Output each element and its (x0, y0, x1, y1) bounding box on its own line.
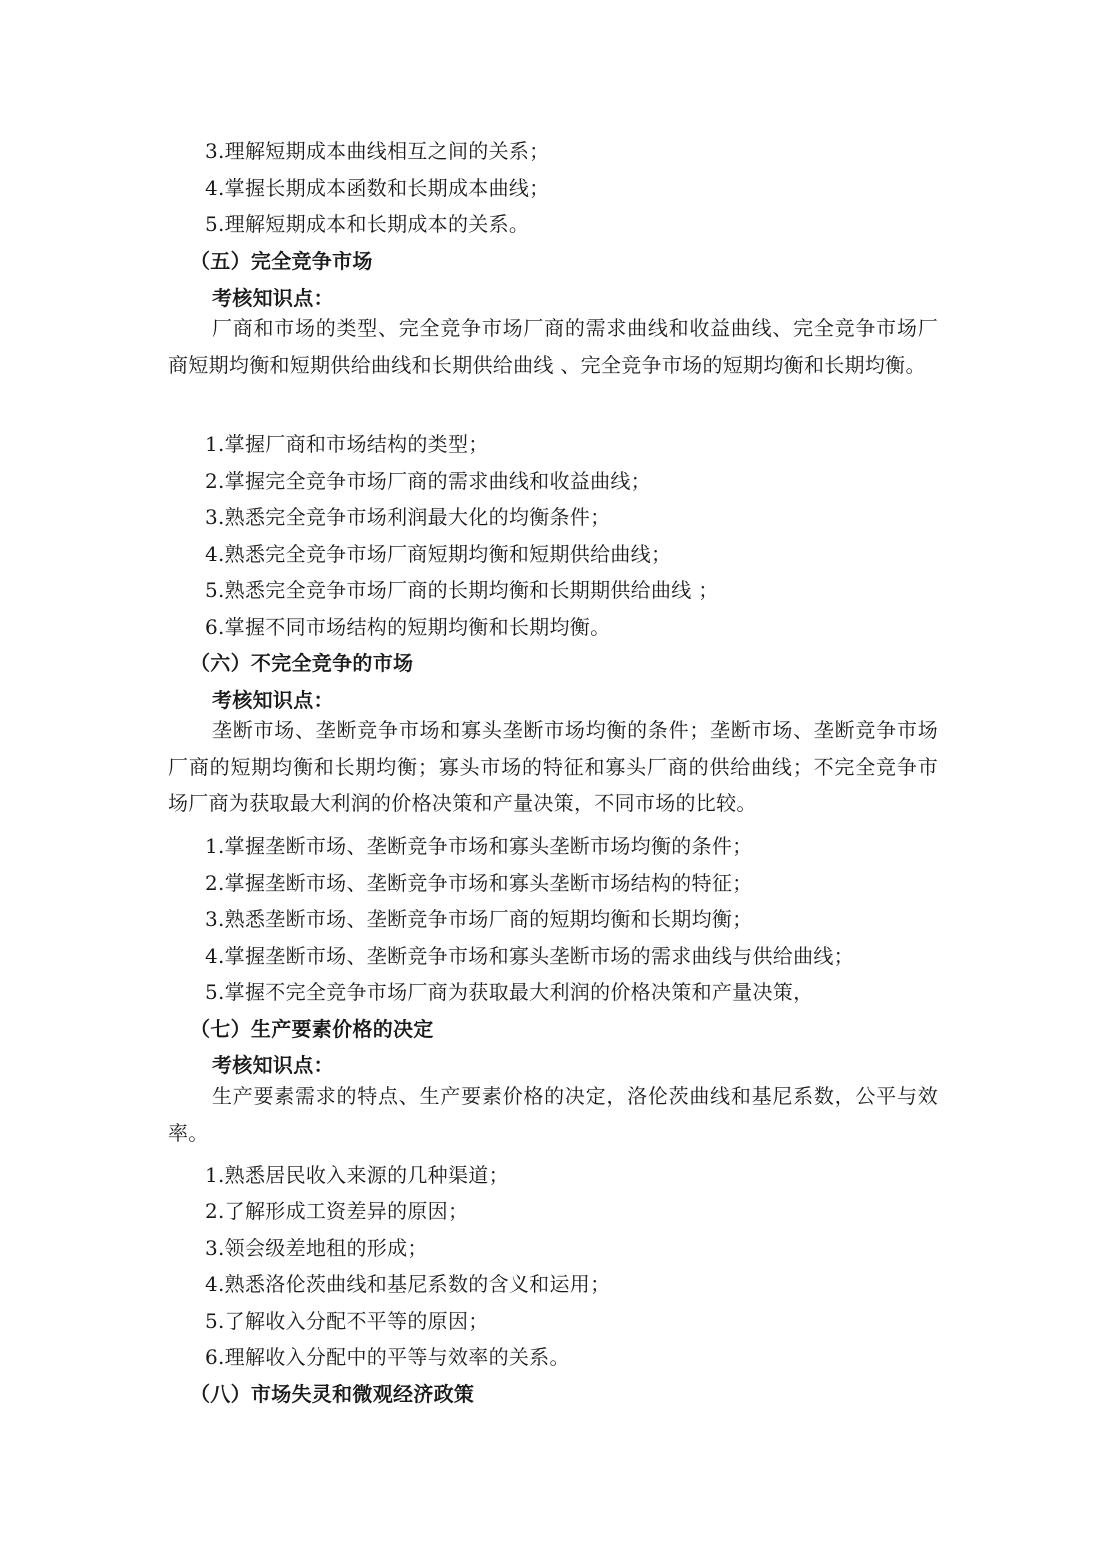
section-heading: （八）市场失灵和微观经济政策 (190, 1382, 474, 1406)
section-subtitle: 考核知识点： (212, 688, 334, 712)
list-item: 4.熟悉完全竞争市场厂商短期均衡和短期供给曲线； (205, 542, 671, 566)
section-paragraph: 生产要素需求的特点、生产要素价格的决定，洛伦茨曲线和基尼系数，公平与效率。 (168, 1078, 938, 1151)
section-subtitle: 考核知识点： (212, 1053, 334, 1077)
list-item: 4.熟悉洛伦茨曲线和基尼系数的含义和运用； (205, 1272, 610, 1296)
list-item: 1.掌握垄断市场、垄断竞争市场和寡头垄断市场均衡的条件； (205, 834, 752, 858)
list-item: 3.熟悉垄断市场、垄断竞争市场厂商的短期均衡和长期均衡； (205, 907, 752, 931)
list-item: 6.掌握不同市场结构的短期均衡和长期均衡。 (205, 615, 610, 639)
list-item: 1.掌握厂商和市场结构的类型； (205, 432, 489, 456)
section-heading: （五）完全竞争市场 (190, 249, 373, 273)
list-item: 2.掌握完全竞争市场厂商的需求曲线和收益曲线； (205, 469, 651, 493)
document-page: 3.理解短期成本曲线相互之间的关系； 4.掌握长期成本函数和长期成本曲线； 5.… (0, 0, 1102, 1559)
list-item: 1.熟悉居民收入来源的几种渠道； (205, 1163, 509, 1187)
section-subtitle: 考核知识点： (212, 286, 334, 310)
list-item: 5.熟悉完全竞争市场厂商的长期均衡和长期期供给曲线 ； (205, 578, 719, 602)
list-item: 3.熟悉完全竞争市场利润最大化的均衡条件； (205, 505, 610, 529)
list-item: 3.理解短期成本曲线相互之间的关系； (205, 139, 549, 163)
list-item: 5.了解收入分配不平等的原因； (205, 1309, 489, 1333)
list-item: 6.理解收入分配中的平等与效率的关系。 (205, 1345, 570, 1369)
list-item: 2.了解形成工资差异的原因； (205, 1199, 468, 1223)
list-item: 4.掌握长期成本函数和长期成本曲线； (205, 176, 549, 200)
list-item: 4.掌握垄断市场、垄断竞争市场和寡头垄断市场的需求曲线与供给曲线； (205, 944, 854, 968)
list-item: 5.理解短期成本和长期成本的关系。 (205, 212, 529, 236)
section-paragraph: 垄断市场、垄断竞争市场和寡头垄断市场均衡的条件；垄断市场、垄断竞争市场厂商的短期… (168, 712, 938, 822)
list-item: 5.掌握不完全竞争市场厂商为获取最大利润的价格决策和产量决策， (205, 980, 813, 1004)
section-paragraph: 厂商和市场的类型、完全竞争市场厂商的需求曲线和收益曲线、完全竞争市场厂商短期均衡… (168, 310, 938, 383)
section-heading: （七）生产要素价格的决定 (190, 1017, 434, 1041)
list-item: 2.掌握垄断市场、垄断竞争市场和寡头垄断市场结构的特征； (205, 871, 752, 895)
section-heading: （六）不完全竞争的市场 (190, 651, 413, 675)
list-item: 3.领会级差地租的形成； (205, 1236, 428, 1260)
